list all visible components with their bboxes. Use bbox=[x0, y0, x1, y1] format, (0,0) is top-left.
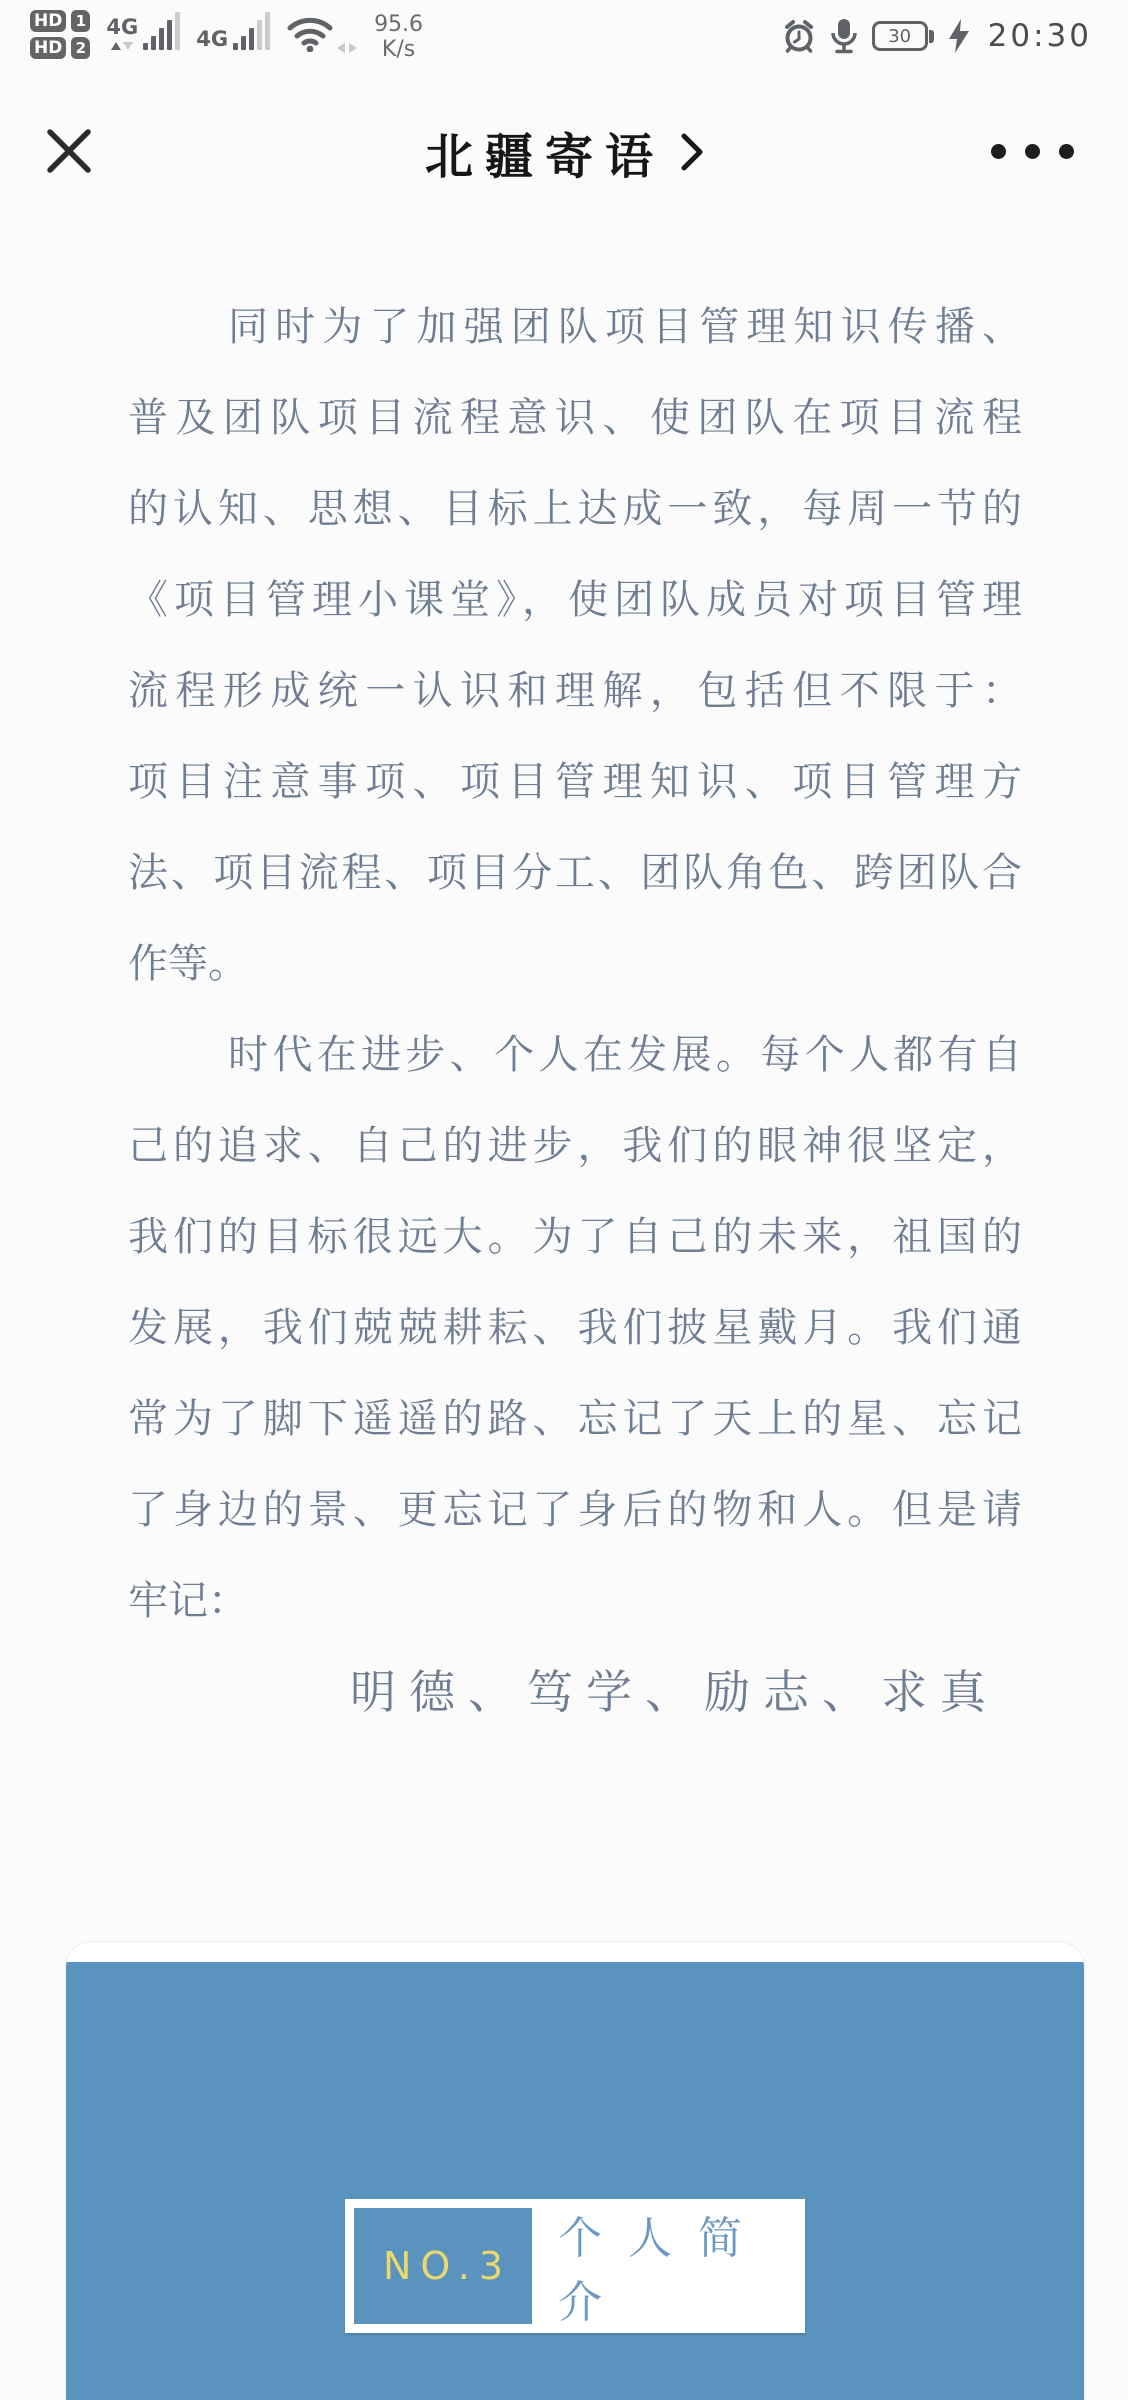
section-number: NO.3 bbox=[354, 2208, 532, 2324]
network-speed: 95.6 K/s bbox=[374, 12, 423, 63]
section-card-background bbox=[66, 1962, 1084, 2400]
sim-badges: HD 1 HD 2 bbox=[30, 10, 90, 59]
wifi-activity-icon bbox=[336, 44, 358, 52]
article-line: 《项目管理小课堂》，使团队成员对项目管理 bbox=[128, 555, 1022, 646]
article-motto: 明德、笃学、励志、求真 bbox=[128, 1647, 1022, 1738]
sim2-icon: 2 bbox=[71, 37, 90, 59]
section-title: 个人简介 bbox=[532, 2208, 796, 2324]
chevron-right-icon bbox=[681, 133, 703, 171]
microphone-icon bbox=[830, 18, 858, 54]
hd-voLTE-icon: HD bbox=[30, 10, 66, 32]
status-bar-left: HD 1 HD 2 4G bbox=[30, 10, 423, 63]
article-line: 时代在进步、个人在发展。每个人都有自 bbox=[128, 1010, 1022, 1101]
section-card: NO.3 个人简介 bbox=[66, 1942, 1084, 2400]
article-line: 项目注意事项、项目管理知识、项目管理方 bbox=[128, 737, 1022, 828]
battery-icon: 30 bbox=[872, 21, 928, 51]
article-line: 我们的目标很远大。为了自己的未来，祖国的 bbox=[128, 1192, 1022, 1283]
charging-bolt-icon bbox=[948, 19, 970, 53]
article-title-link[interactable]: 北疆寄语 bbox=[0, 92, 1128, 212]
article-line: 常为了脚下遥遥的路、忘记了天上的星、忘记 bbox=[128, 1374, 1022, 1465]
network-type-label: 4G bbox=[196, 29, 228, 50]
signal-group-1: 4G bbox=[106, 12, 180, 50]
network-type-label: 4G bbox=[106, 17, 138, 38]
hd-voLTE-icon: HD bbox=[30, 37, 66, 59]
page-title: 北疆寄语 bbox=[425, 118, 665, 187]
article-line: 己的追求、自己的进步，我们的眼神很坚定， bbox=[128, 1101, 1022, 1192]
article-body: 同时为了加强团队项目管理知识传播、 普及团队项目流程意识、使团队在项目流程 的认… bbox=[128, 282, 1022, 1738]
menu-dot-icon bbox=[991, 144, 1006, 159]
section-badge: NO.3 个人简介 bbox=[345, 2199, 805, 2333]
signal-bars-icon bbox=[233, 12, 270, 50]
article-line: 了身边的景、更忘记了身后的物和人。但是请 bbox=[128, 1465, 1022, 1556]
data-activity-icon bbox=[111, 42, 133, 50]
menu-dot-icon bbox=[1025, 144, 1040, 159]
article-line: 法、项目流程、项目分工、团队角色、跨团队合 bbox=[128, 828, 1022, 919]
menu-dot-icon bbox=[1059, 144, 1074, 159]
wifi-icon bbox=[286, 14, 358, 52]
article-line: 发展，我们兢兢耕耘、我们披星戴月。我们通 bbox=[128, 1283, 1022, 1374]
article-line: 流程形成统一认识和理解，包括但不限于： bbox=[128, 646, 1022, 737]
article-line: 牢记： bbox=[128, 1556, 1022, 1647]
battery-level: 30 bbox=[888, 26, 911, 47]
nav-bar: 北疆寄语 bbox=[0, 92, 1128, 212]
signal-group-2: 4G bbox=[196, 12, 270, 50]
article-line: 的认知、思想、目标上达成一致，每周一节的 bbox=[128, 464, 1022, 555]
clock-time: 20:30 bbox=[988, 18, 1092, 54]
sim1-icon: 1 bbox=[71, 10, 90, 32]
signal-bars-icon bbox=[143, 12, 180, 50]
more-menu-button[interactable] bbox=[991, 144, 1074, 159]
article-line: 作等。 bbox=[128, 919, 1022, 1010]
status-bar-right: 30 20:30 bbox=[782, 18, 1092, 54]
wechat-article-screen: HD 1 HD 2 4G bbox=[0, 0, 1128, 2400]
status-bar: HD 1 HD 2 4G bbox=[0, 0, 1128, 92]
article-line: 普及团队项目流程意识、使团队在项目流程 bbox=[128, 373, 1022, 464]
article-line: 同时为了加强团队项目管理知识传播、 bbox=[128, 282, 1022, 373]
alarm-icon bbox=[782, 19, 816, 53]
